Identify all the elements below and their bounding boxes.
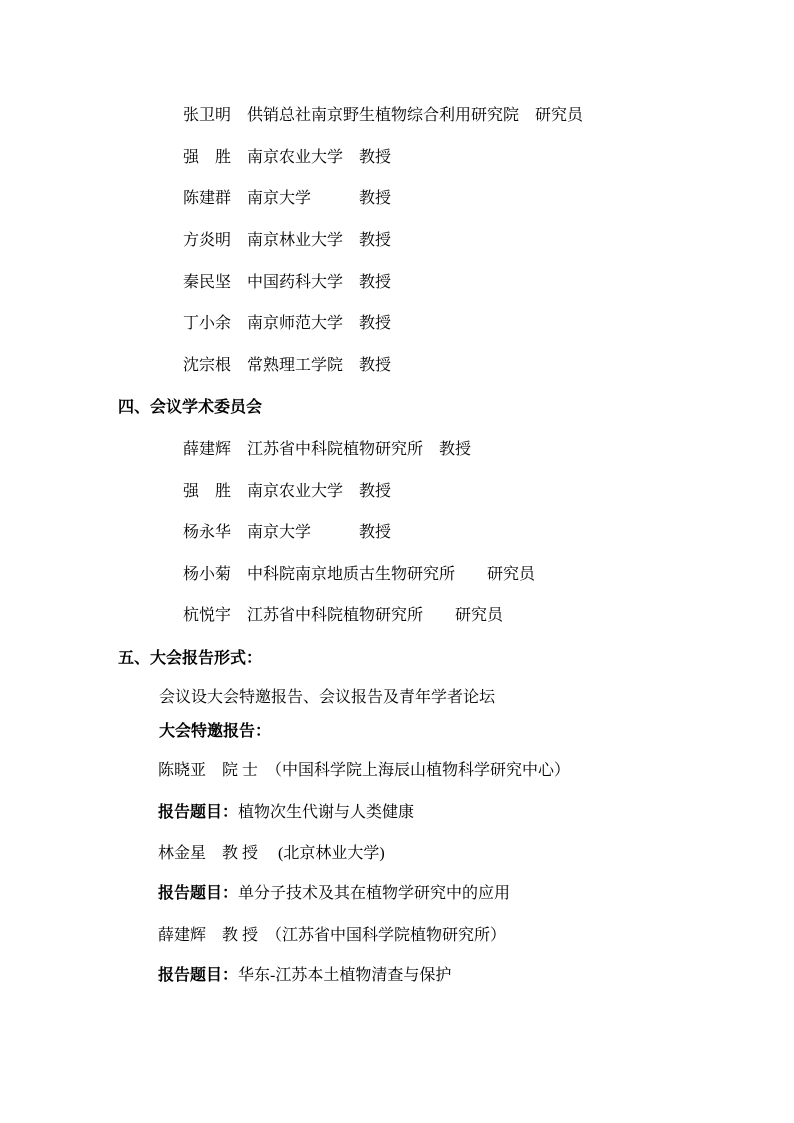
report-title: 华东-江苏本土植物清查与保护 — [238, 967, 451, 984]
member-row: 强 胜 南京农业大学 教授 — [183, 149, 391, 167]
report-title-line: 报告题目：单分子技术及其在植物学研究中的应用 — [158, 885, 510, 903]
member-row: 张卫明 供销总社南京野生植物综合利用研究院 研究员 — [183, 107, 583, 125]
report-speaker: 陈晓亚 院 士 （中国科学院上海辰山植物科学研究中心） — [158, 762, 570, 780]
report-title-label: 报告题目： — [158, 885, 238, 902]
report-title-label: 报告题目： — [158, 804, 238, 821]
member-row: 沈宗根 常熟理工学院 教授 — [183, 357, 391, 375]
member-row: 强 胜 南京农业大学 教授 — [183, 483, 391, 501]
member-row: 秦民坚 中国药科大学 教授 — [183, 274, 391, 292]
section4-heading: 四、会议学术委员会 — [118, 399, 262, 417]
document-page: 张卫明 供销总社南京野生植物综合利用研究院 研究员 强 胜 南京农业大学 教授 … — [0, 0, 794, 1123]
report-title-label: 报告题目： — [158, 967, 238, 984]
member-row: 方炎明 南京林业大学 教授 — [183, 232, 391, 250]
member-row: 薛建辉 江苏省中科院植物研究所 教授 — [183, 441, 471, 459]
report-title-line: 报告题目：华东-江苏本土植物清查与保护 — [158, 967, 451, 985]
invited-reports-subheading: 大会特邀报告： — [159, 723, 271, 741]
report-title: 单分子技术及其在植物学研究中的应用 — [238, 885, 510, 902]
section5-heading: 五、大会报告形式： — [118, 650, 262, 668]
section5-intro: 会议设大会特邀报告、会议报告及青年学者论坛 — [159, 689, 495, 707]
member-row: 陈建群 南京大学 教授 — [183, 190, 391, 208]
member-row: 丁小余 南京师范大学 教授 — [183, 315, 391, 333]
member-row: 杭悦宇 江苏省中科院植物研究所 研究员 — [183, 607, 503, 625]
member-row: 杨永华 南京大学 教授 — [183, 524, 391, 542]
report-title: 植物次生代谢与人类健康 — [238, 804, 414, 821]
report-speaker: 林金星 教 授 (北京林业大学) — [158, 845, 385, 863]
member-row: 杨小菊 中科院南京地质古生物研究所 研究员 — [183, 566, 535, 584]
report-speaker: 薛建辉 教 授 （江苏省中国科学院植物研究所） — [158, 927, 506, 945]
report-title-line: 报告题目：植物次生代谢与人类健康 — [158, 804, 414, 822]
